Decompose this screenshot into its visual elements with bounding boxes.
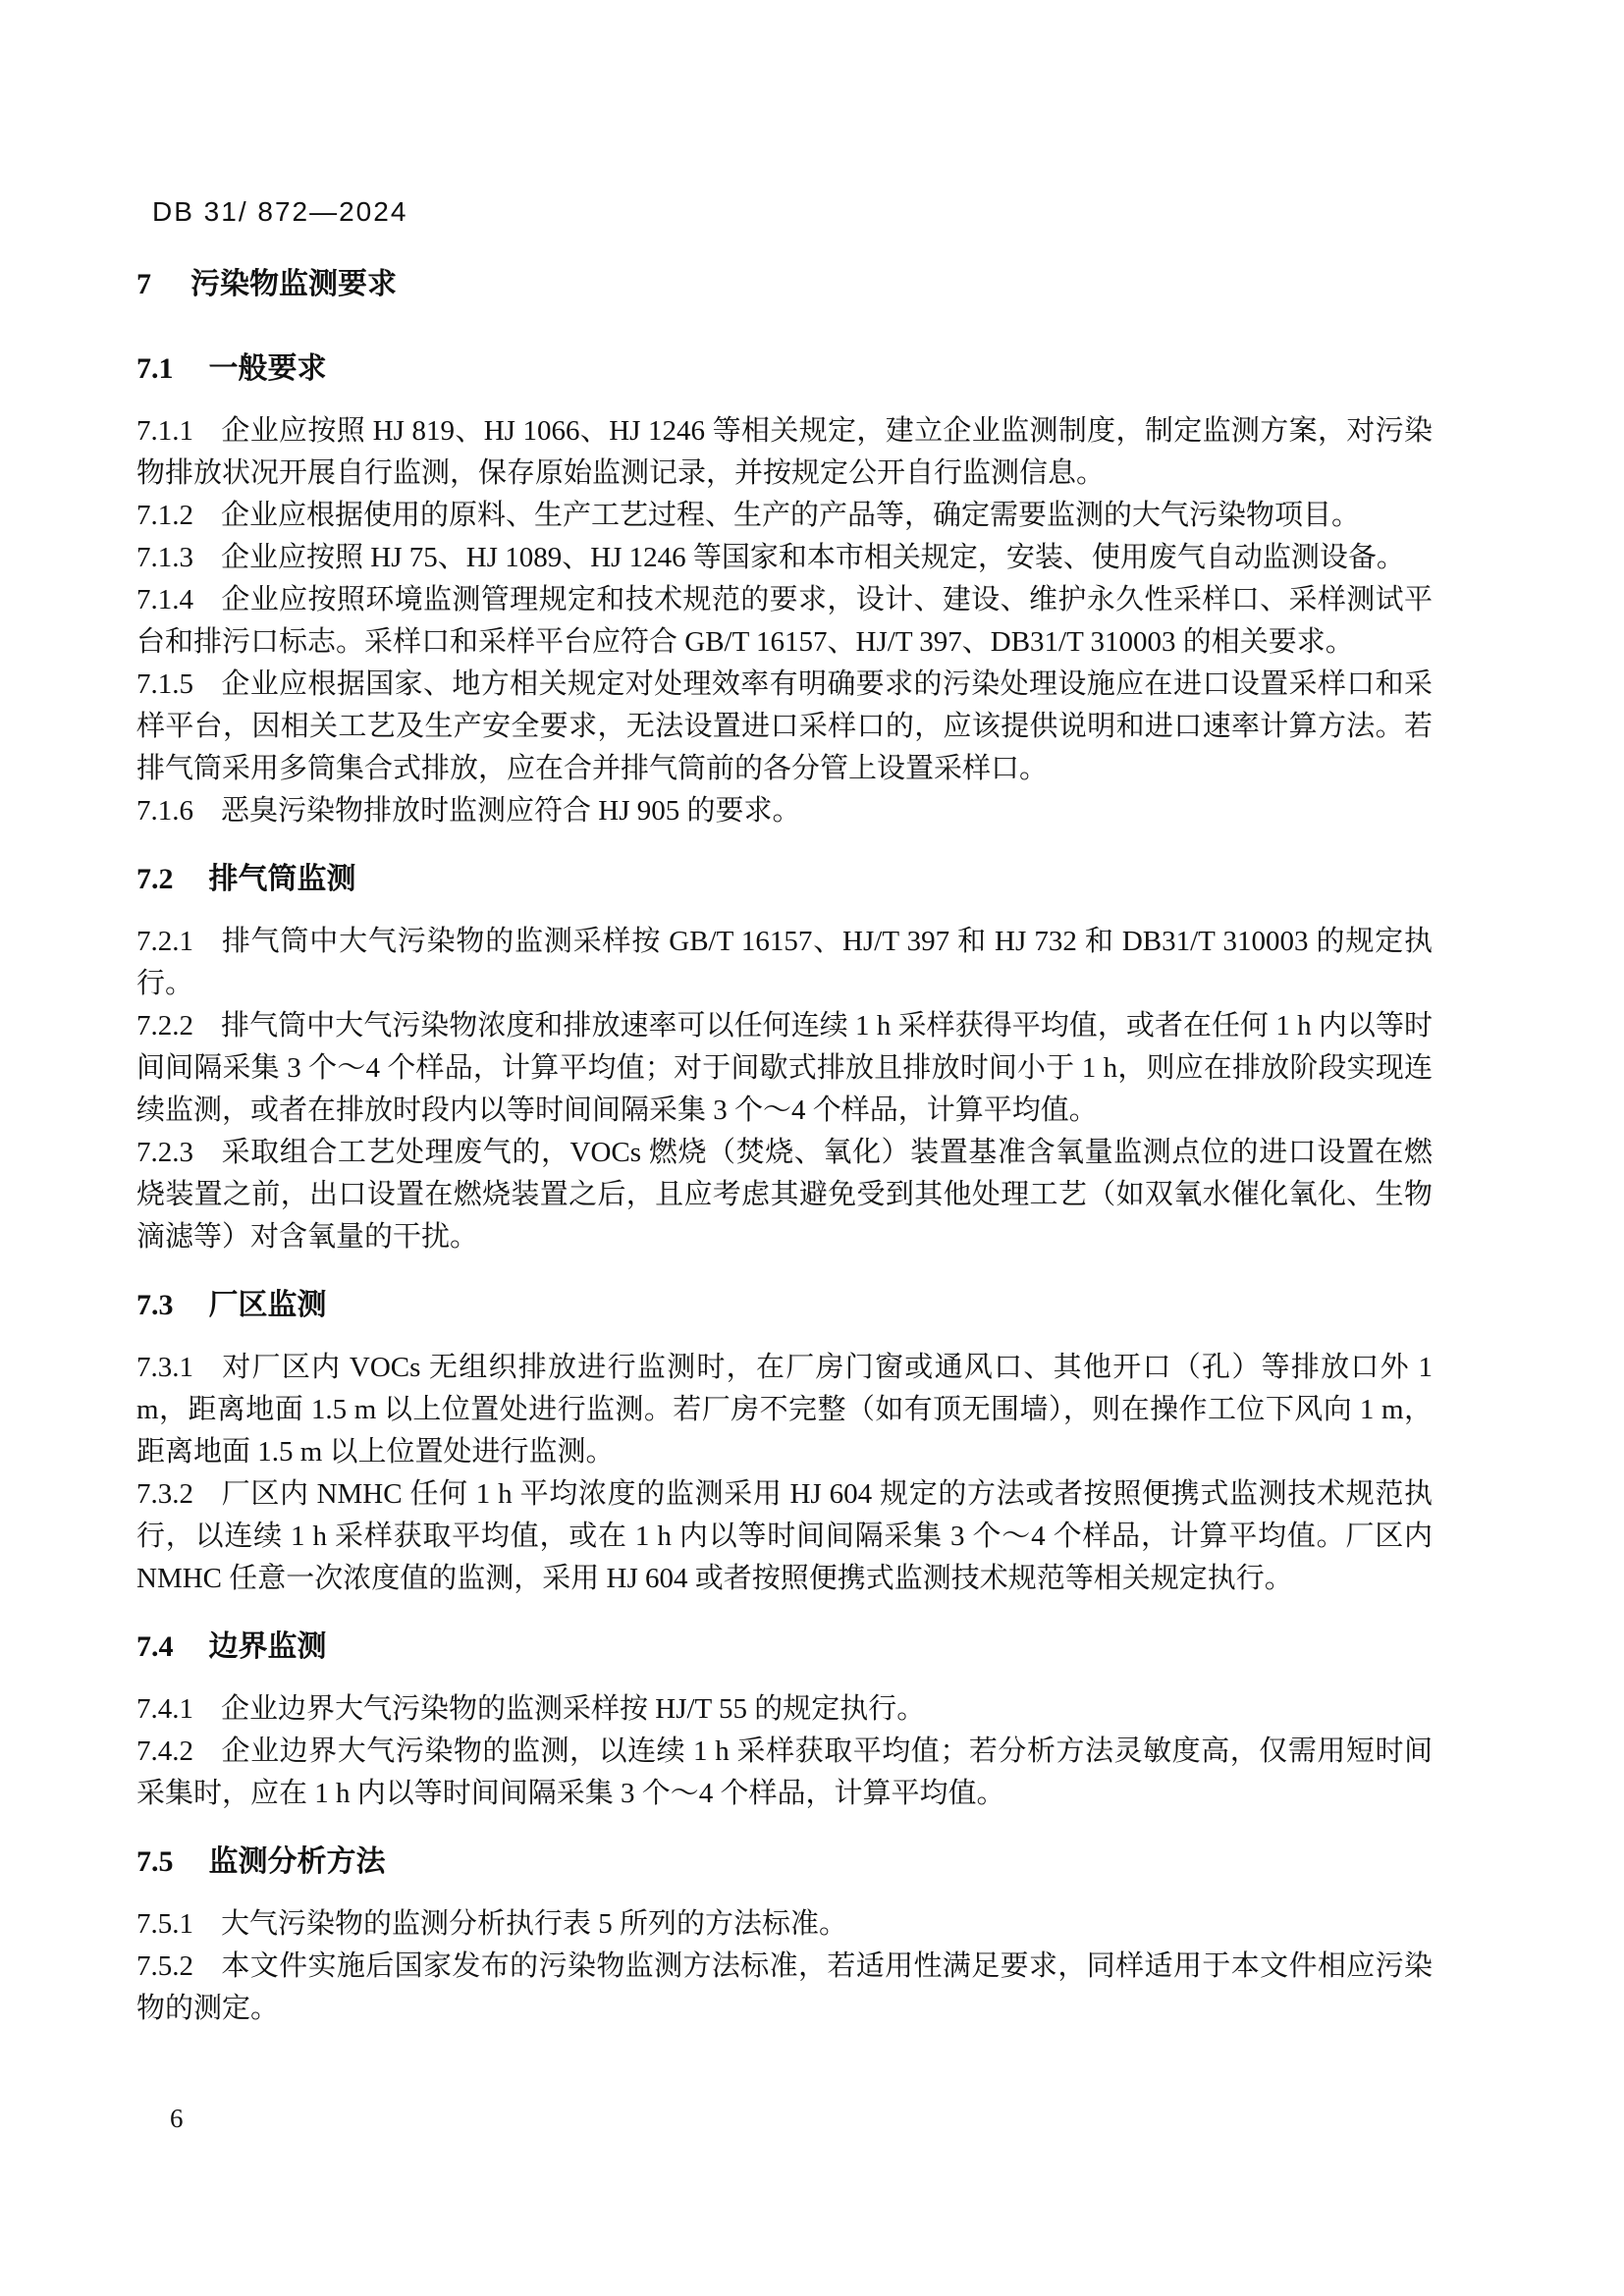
clause-text: 企业应按照 HJ 819、HJ 1066、HJ 1246 等相关规定，建立企业监…	[136, 415, 1433, 489]
clause-text: 恶臭污染物排放时监测应符合 HJ 905 的要求。	[221, 795, 800, 827]
clause-number: 7.3.2	[136, 1478, 193, 1510]
clause-number: 7.1.5	[136, 668, 193, 700]
clause-number: 7.2.2	[136, 1010, 193, 1041]
clause-text: 企业边界大气污染物的监测，以连续 1 h 采样获取平均值；若分析方法灵敏度高，仅…	[136, 1735, 1433, 1809]
clause-text: 排气筒中大气污染物浓度和排放速率可以任何连续 1 h 采样获得平均值，或者在任何…	[136, 1010, 1433, 1126]
clause-7-3-2: 7.3.2厂区内 NMHC 任何 1 h 平均浓度的监测采用 HJ 604 规定…	[136, 1473, 1433, 1600]
document-code: DB 31/ 872—2024	[152, 196, 407, 228]
section-number: 7.5	[136, 1845, 174, 1878]
clause-text: 企业应根据国家、地方相关规定对处理效率有明确要求的污染处理设施应在进口设置采样口…	[136, 668, 1433, 784]
clause-text: 企业边界大气污染物的监测采样按 HJ/T 55 的规定执行。	[221, 1693, 925, 1725]
clause-text: 对厂区内 VOCs 无组织排放进行监测时，在厂房门窗或通风口、其他开口（孔）等排…	[136, 1352, 1433, 1468]
section-title: 厂区监测	[209, 1289, 327, 1321]
clause-text: 厂区内 NMHC 任何 1 h 平均浓度的监测采用 HJ 604 规定的方法或者…	[136, 1478, 1433, 1594]
clause-number: 7.1.4	[136, 584, 193, 615]
clause-number: 7.1.2	[136, 500, 193, 531]
clause-7-5-1: 7.5.1大气污染物的监测分析执行表 5 所列的方法标准。	[136, 1903, 1433, 1946]
section-number: 7.1	[136, 352, 174, 385]
section-title: 监测分析方法	[209, 1845, 386, 1878]
clause-text: 企业应根据使用的原料、生产工艺过程、生产的产品等，确定需要监测的大气污染物项目。	[221, 500, 1360, 531]
chapter-title: 污染物监测要求	[190, 268, 397, 300]
clause-number: 7.2.1	[136, 926, 193, 957]
section-number: 7.3	[136, 1289, 174, 1321]
clause-7-5-2: 7.5.2本文件实施后国家发布的污染物监测方法标准，若适用性满足要求，同样适用于…	[136, 1946, 1433, 2030]
clause-number: 7.5.1	[136, 1908, 193, 1940]
clause-text: 本文件实施后国家发布的污染物监测方法标准，若适用性满足要求，同样适用于本文件相应…	[136, 1950, 1433, 2024]
section-heading-7-1: 7.1一般要求	[136, 347, 1433, 390]
clause-number: 7.2.3	[136, 1137, 193, 1168]
clause-7-1-5: 7.1.5企业应根据国家、地方相关规定对处理效率有明确要求的污染处理设施应在进口…	[136, 664, 1433, 790]
clause-7-1-4: 7.1.4企业应按照环境监测管理规定和技术规范的要求，设计、建设、维护永久性采样…	[136, 579, 1433, 664]
clause-number: 7.1.3	[136, 542, 193, 573]
section-title: 排气筒监测	[209, 863, 356, 895]
clause-number: 7.1.6	[136, 795, 193, 827]
page-number: 6	[170, 2104, 184, 2134]
clause-7-2-1: 7.2.1排气筒中大气污染物的监测采样按 GB/T 16157、HJ/T 397…	[136, 921, 1433, 1005]
clause-text: 企业应按照 HJ 75、HJ 1089、HJ 1246 等国家和本市相关规定，安…	[221, 542, 1405, 573]
clause-7-1-6: 7.1.6恶臭污染物排放时监测应符合 HJ 905 的要求。	[136, 790, 1433, 832]
clause-7-2-3: 7.2.3采取组合工艺处理废气的，VOCs 燃烧（焚烧、氧化）装置基准含氧量监测…	[136, 1132, 1433, 1258]
clause-number: 7.1.1	[136, 415, 193, 447]
section-heading-7-4: 7.4边界监测	[136, 1626, 1433, 1668]
clause-7-1-3: 7.1.3企业应按照 HJ 75、HJ 1089、HJ 1246 等国家和本市相…	[136, 537, 1433, 579]
clause-number: 7.5.2	[136, 1950, 193, 1982]
clause-text: 排气筒中大气污染物的监测采样按 GB/T 16157、HJ/T 397 和 HJ…	[136, 926, 1433, 999]
document-body: 7污染物监测要求 7.1一般要求 7.1.1企业应按照 HJ 819、HJ 10…	[136, 263, 1433, 2030]
clause-text: 采取组合工艺处理废气的，VOCs 燃烧（焚烧、氧化）装置基准含氧量监测点位的进口…	[136, 1137, 1433, 1253]
clause-7-4-1: 7.4.1企业边界大气污染物的监测采样按 HJ/T 55 的规定执行。	[136, 1688, 1433, 1731]
clause-number: 7.3.1	[136, 1352, 193, 1383]
clause-7-1-1: 7.1.1企业应按照 HJ 819、HJ 1066、HJ 1246 等相关规定，…	[136, 410, 1433, 495]
section-number: 7.2	[136, 863, 174, 895]
document-page: DB 31/ 872—2024 7污染物监测要求 7.1一般要求 7.1.1企业…	[0, 0, 1624, 2296]
section-heading-7-2: 7.2排气筒监测	[136, 858, 1433, 900]
section-title: 一般要求	[209, 352, 327, 385]
clause-7-2-2: 7.2.2排气筒中大气污染物浓度和排放速率可以任何连续 1 h 采样获得平均值，…	[136, 1005, 1433, 1132]
chapter-heading-7: 7污染物监测要求	[136, 263, 1433, 305]
clause-7-4-2: 7.4.2企业边界大气污染物的监测，以连续 1 h 采样获取平均值；若分析方法灵…	[136, 1731, 1433, 1815]
clause-number: 7.4.1	[136, 1693, 193, 1725]
clause-text: 企业应按照环境监测管理规定和技术规范的要求，设计、建设、维护永久性采样口、采样测…	[136, 584, 1433, 658]
clause-text: 大气污染物的监测分析执行表 5 所列的方法标准。	[221, 1908, 847, 1940]
section-heading-7-3: 7.3厂区监测	[136, 1284, 1433, 1326]
section-title: 边界监测	[209, 1630, 327, 1663]
clause-7-1-2: 7.1.2企业应根据使用的原料、生产工艺过程、生产的产品等，确定需要监测的大气污…	[136, 495, 1433, 537]
clause-number: 7.4.2	[136, 1735, 193, 1767]
section-heading-7-5: 7.5监测分析方法	[136, 1841, 1433, 1883]
chapter-number: 7	[136, 268, 151, 300]
clause-7-3-1: 7.3.1对厂区内 VOCs 无组织排放进行监测时，在厂房门窗或通风口、其他开口…	[136, 1347, 1433, 1473]
section-number: 7.4	[136, 1630, 174, 1663]
